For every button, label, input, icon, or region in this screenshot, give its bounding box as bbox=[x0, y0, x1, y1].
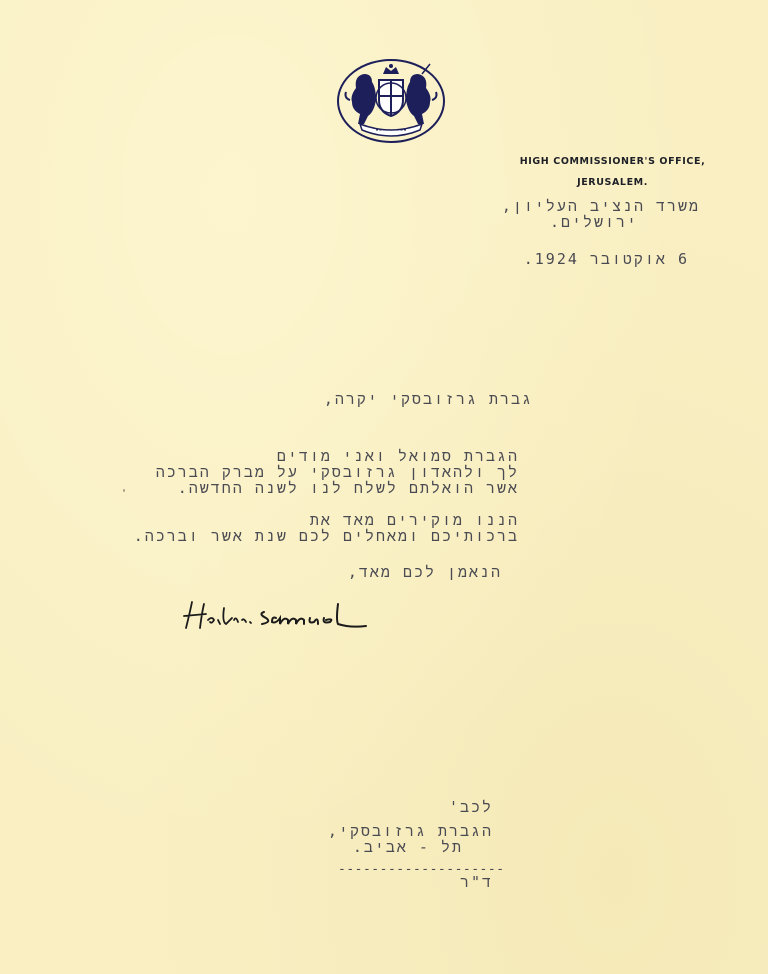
body-line: לך ולהאדון גרזובסקי על מברק הברכה bbox=[156, 464, 519, 480]
handwritten-signature: Herbert Samuel bbox=[180, 598, 395, 632]
salutation: גברת גרזובסקי יקרה, bbox=[324, 391, 533, 407]
address-city: תל - אביב. bbox=[353, 839, 463, 855]
body-line: הננו מוקירים מאד את bbox=[310, 512, 519, 528]
address-initials: ד"ר bbox=[460, 874, 493, 890]
letter-page: HIGH COMMISSIONER'S OFFICE, JERUSALEM. מ… bbox=[0, 0, 768, 974]
letterhead-office-he: משרד הנציב העליון, bbox=[502, 198, 700, 214]
letterhead-city-en: JERUSALEM. bbox=[505, 177, 720, 188]
body-line: הגברת סמואל ואני מודים bbox=[277, 448, 519, 464]
letterhead-office-en: HIGH COMMISSIONER'S OFFICE, bbox=[505, 156, 720, 167]
paper-speck bbox=[123, 489, 125, 492]
letter-date: 6 אוקטובר 1924. bbox=[524, 251, 689, 267]
body-line: ברכותיכם ומאחלים לכם שנת אשר וברכה. bbox=[134, 528, 519, 544]
body-line: אשר הואלתם לשלח לנו לשנה החדשה. bbox=[178, 480, 519, 496]
letterhead-city-he: ירושלים. bbox=[550, 214, 638, 230]
address-recipient: הגברת גרזובסקי, bbox=[328, 823, 493, 839]
closing: הנאמן לכם מאד, bbox=[348, 564, 502, 580]
address-to-label: לכב' bbox=[449, 799, 493, 815]
royal-coat-of-arms-emblem bbox=[336, 58, 446, 144]
